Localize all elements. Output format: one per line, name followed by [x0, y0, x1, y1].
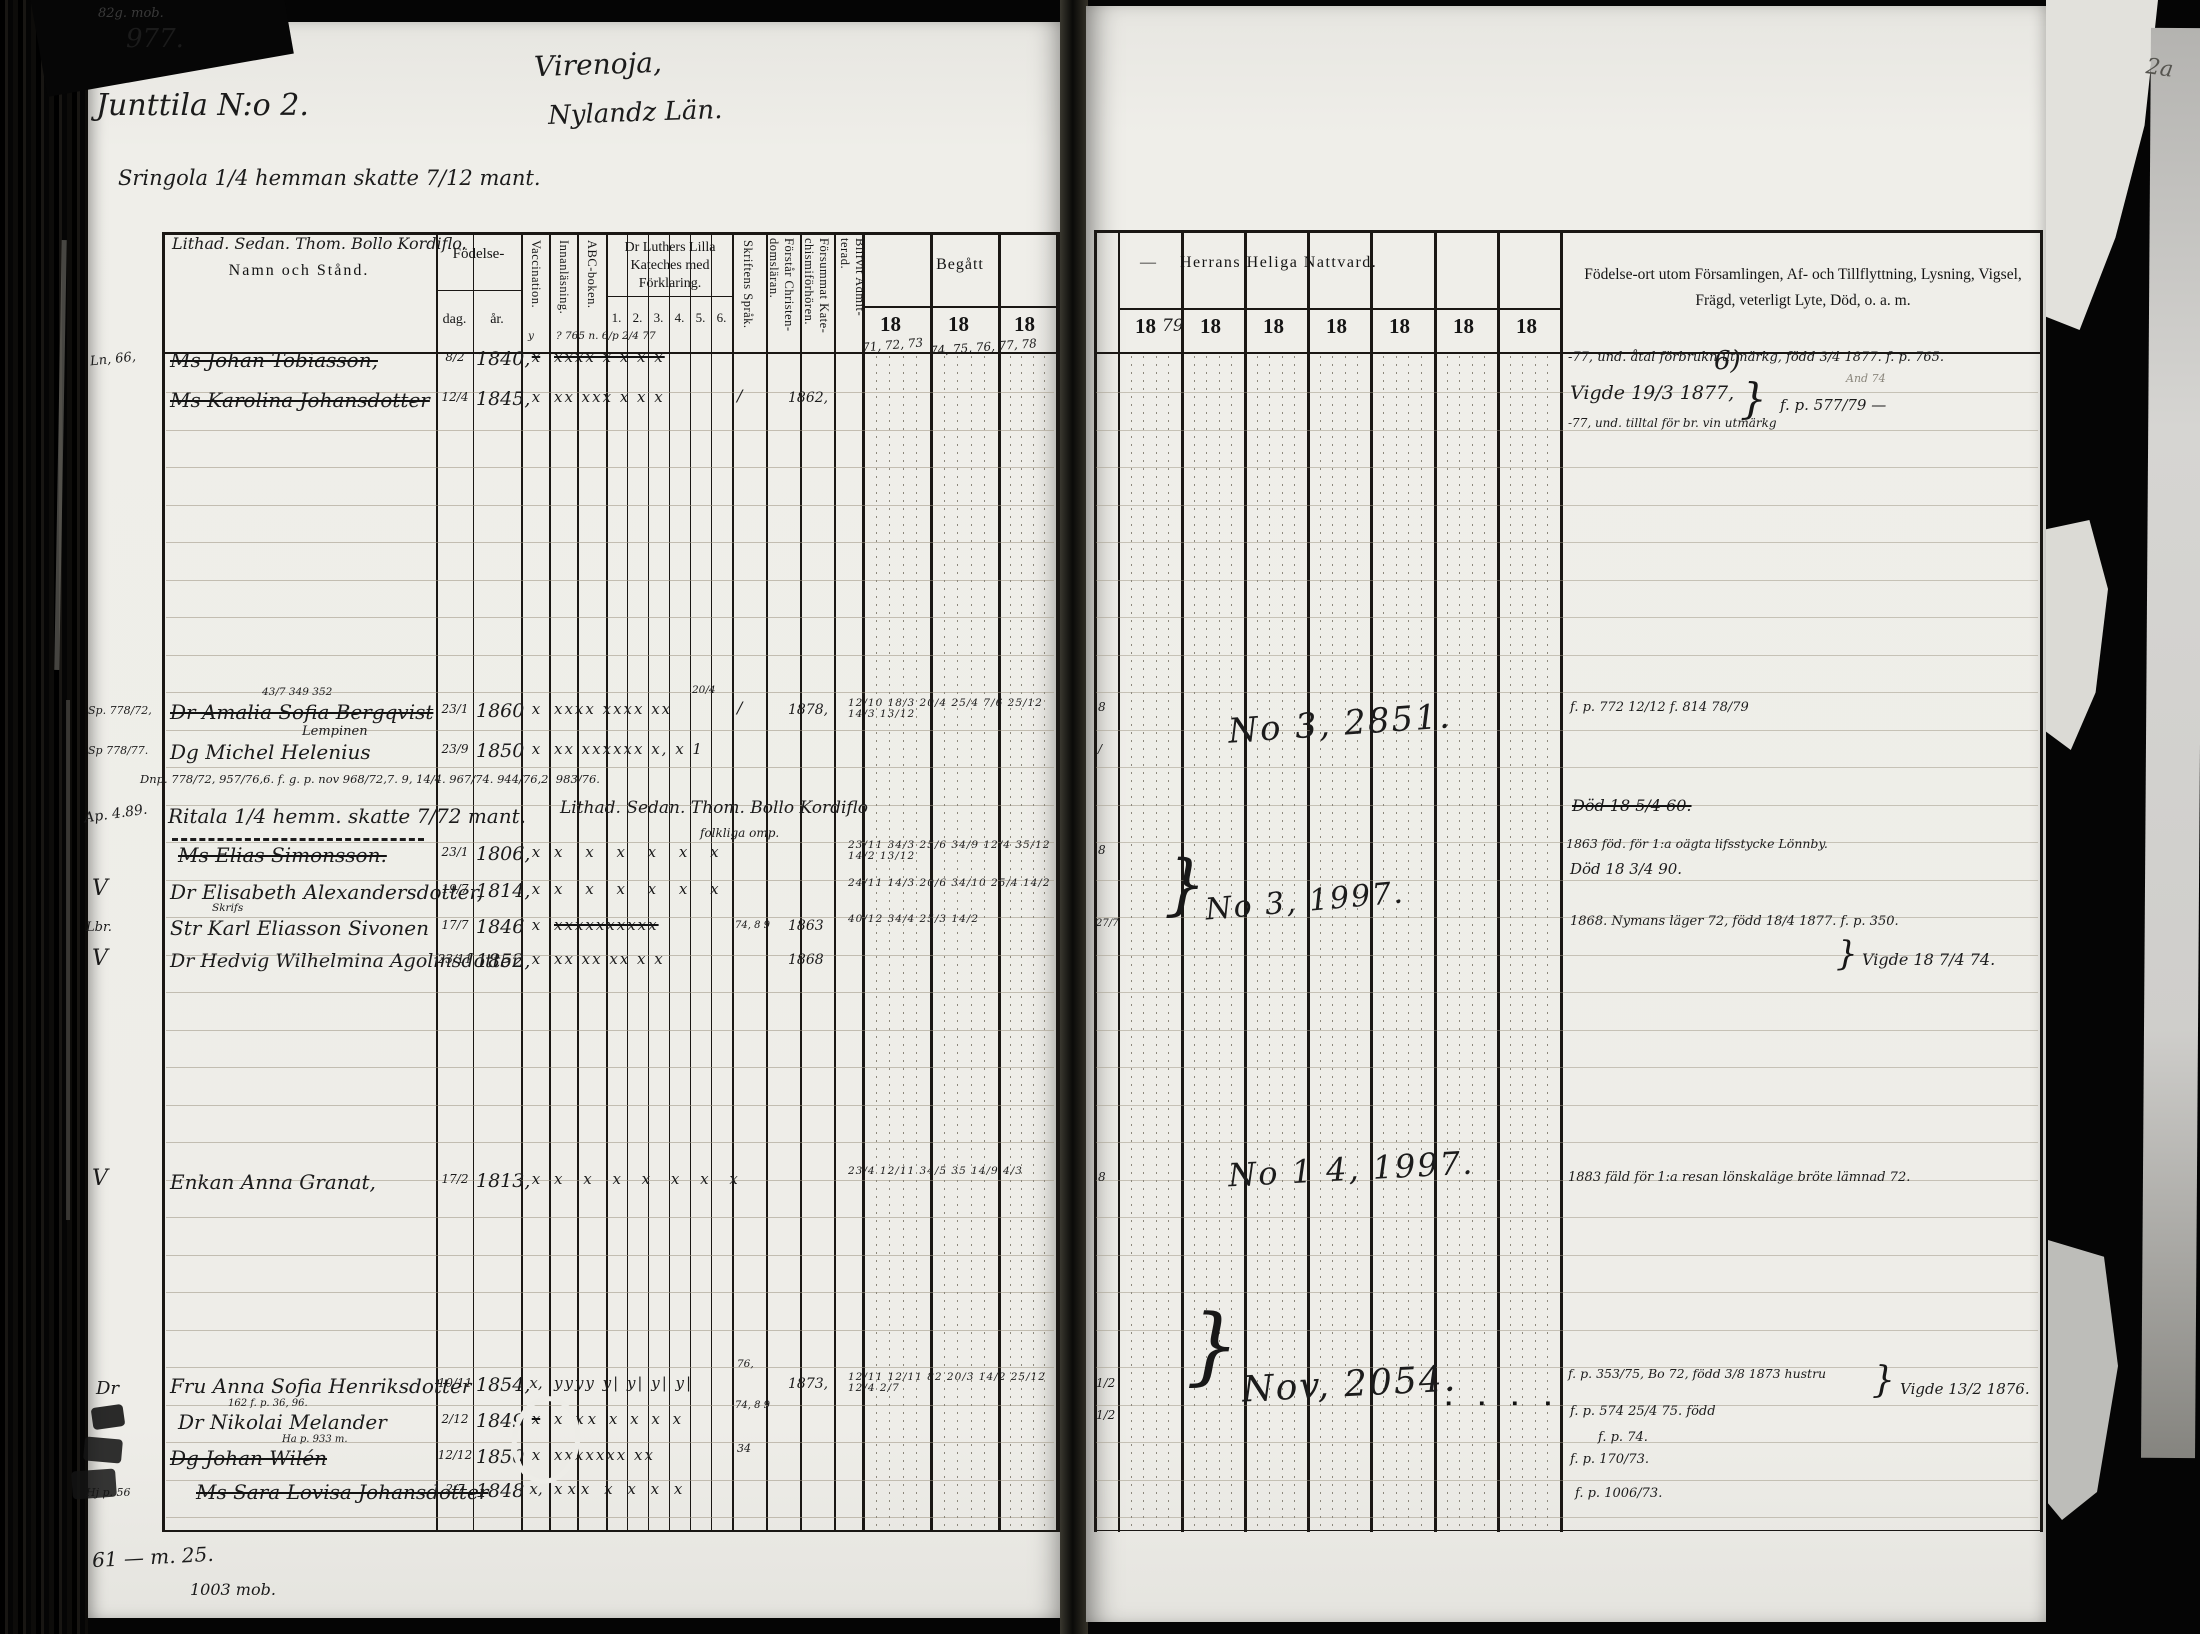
grid-subline — [971, 356, 972, 1528]
section-subscript: folkliga omp. — [700, 826, 779, 840]
katekes-col-6: 6. — [711, 310, 732, 326]
catechism-marks: xxxxxxxxxx — [554, 916, 659, 934]
farm-subtitle: Sringola 1/4 hemman skatte 7/12 mant. — [118, 166, 541, 190]
name-cell: Dg Michel Helenius — [170, 740, 371, 764]
catechism-marks: xx xxxxxx x, x 1 — [554, 740, 704, 758]
grid-subline — [984, 356, 985, 1528]
grid-subline — [1357, 356, 1358, 1528]
grid-line — [1094, 230, 2040, 233]
grid-subline — [1522, 356, 1523, 1528]
torn-page-fragment — [2046, 520, 2108, 750]
katekes-col-2: 2. — [627, 310, 648, 326]
grid-line — [549, 232, 551, 1532]
lead-mark: 1/2 — [1096, 1376, 1115, 1390]
grid-line — [862, 306, 1056, 308]
skriftens-mark: 34 — [737, 1442, 751, 1455]
year-col-18: 18 — [1516, 314, 1537, 339]
communion-marks-cluster: 12/11 12/11 82 20/3 14/2 25/12 12/4 2/7 — [848, 1372, 1060, 1394]
birth-year-cell: 1852, — [476, 950, 530, 972]
grid-line — [1497, 230, 1500, 1532]
remark-cell: Död 18 5/4 60. — [1572, 796, 1692, 815]
torn-page-fragment — [2046, 0, 2158, 330]
lead-mark: 27/7 — [1096, 918, 1118, 929]
grid-subline — [889, 356, 890, 1528]
header-birth-day: dag. — [436, 312, 473, 328]
remark-cell: f. p. 170/73. — [1570, 1452, 1649, 1467]
grid-subline — [1320, 356, 1321, 1528]
grid-subline — [1294, 356, 1295, 1528]
name-cell: Dg Johan Wilén — [170, 1446, 327, 1470]
scanned-register-spread: 82g. mob. 977. Junttila N:o 2. Virenoja,… — [0, 0, 2200, 1634]
grid-line — [166, 430, 1054, 431]
section-script: Lithad. Sedan. Thom. Bollo Kordiflo — [560, 798, 868, 818]
grid-subline — [1459, 356, 1460, 1528]
catechism-marks: xx xx xx x x — [554, 950, 665, 968]
grid-line — [606, 296, 732, 297]
grid-line — [1094, 230, 1097, 1532]
year-col-18: 18 — [948, 312, 969, 337]
lead-mark: 8 — [1098, 700, 1106, 714]
birth-year-cell: 1860 — [476, 700, 524, 722]
katekes-col-1: 1. — [606, 310, 627, 326]
vaccination-cell: x — [524, 740, 548, 758]
grid-line — [2040, 230, 2043, 1532]
grid-line — [1096, 1517, 2038, 1518]
birth-day-cell: 17/2 — [437, 1172, 473, 1186]
grid-subline — [1547, 356, 1548, 1528]
birth-day-cell: 12/12 — [437, 1448, 473, 1462]
header-birth: Födelse- — [436, 246, 521, 263]
grid-line — [1096, 430, 2038, 431]
margin-note: V — [92, 876, 108, 901]
birth-year-cell: 1806, — [476, 843, 530, 865]
name-cell: Dr Nikolai Melander — [178, 1410, 387, 1434]
remark-cell: Vigde 19/3 1877, — [1570, 382, 1734, 404]
grid-line — [166, 467, 1054, 468]
grid-subline — [1332, 356, 1333, 1528]
margin-note: Sp. 778/72, — [88, 704, 152, 717]
catechism-marks: x x x x x x x — [554, 1170, 746, 1188]
grid-subline — [1510, 356, 1511, 1528]
birth-year-cell: 1814, — [476, 880, 530, 902]
ink-stamp — [91, 1404, 126, 1430]
communion-marks-cluster: 23/4 12/11 34/5 35 14/9 4/3 — [848, 1166, 1060, 1177]
year-col-18: 18 — [1389, 314, 1410, 339]
header-innanlasning: Innanläsning. — [556, 240, 571, 314]
page-gutter — [1060, 0, 1088, 1634]
pencil-note: And 74 — [1846, 372, 1886, 385]
grid-line — [166, 1217, 1054, 1218]
birth-day-cell: 23/1 — [437, 845, 473, 859]
name-cell: Fru Anna Sofia Henriksdotter — [170, 1374, 471, 1398]
grid-line — [1096, 580, 2038, 581]
name-sup: 43/7 349 352 — [262, 686, 332, 698]
grid-line — [166, 767, 1054, 768]
grid-line — [166, 655, 1054, 656]
grid-line — [166, 1367, 1054, 1368]
christendom-year: 1863 — [788, 918, 824, 934]
grid-subline — [1033, 356, 1034, 1528]
grid-line — [1096, 767, 2038, 768]
grid-line — [1096, 805, 2038, 806]
year-col-18: 18 — [1200, 314, 1221, 339]
communion-marks-cluster: 23/11 34/3 25/6 34/9 12/4 35/12 14/2 13/… — [848, 840, 1060, 862]
vaccination-cell: x, — [524, 1374, 548, 1392]
margin-note: Sp 778/77. — [88, 744, 148, 757]
grid-line — [1094, 1530, 2040, 1531]
birth-year-cell: 1854, — [476, 1374, 530, 1396]
grid-subline — [1447, 356, 1448, 1528]
grid-line — [166, 542, 1054, 543]
lead-mark: 1/2 — [1096, 1408, 1115, 1422]
grid-subline — [1021, 356, 1022, 1528]
grid-line — [1096, 1217, 2038, 1218]
grid-line — [166, 1030, 1054, 1031]
header-katekes: Kateches med — [608, 258, 732, 274]
birth-day-cell: 2/7 — [437, 1482, 473, 1496]
communion-note-brace: } — [1186, 1296, 1239, 1394]
reference-line: Dnp. 778/72, 957/76,6. f. g. p. nov 968/… — [140, 772, 860, 786]
grid-line — [1096, 1292, 2038, 1293]
grid-line — [1307, 230, 1310, 1532]
remark-cell: Vigde 13/2 1876. — [1900, 1380, 2030, 1398]
remark-brace: } — [1872, 1360, 1895, 1401]
grid-line — [1096, 1142, 2038, 1143]
grid-line — [166, 580, 1054, 581]
grid-subline — [1383, 356, 1384, 1528]
grid-line — [1096, 880, 2038, 881]
bottom-scribble: 1003 mob. — [190, 1580, 276, 1599]
name-cell: Ms Elias Simonsson. — [178, 843, 387, 867]
grid-subline — [1345, 356, 1346, 1528]
village-title: Virenoja, — [533, 46, 662, 83]
name-cell: Ms Karolina Johansdotter — [170, 388, 430, 412]
skriftens-mark: 74, 8 9 — [735, 1400, 770, 1411]
header-forstar-christendomslaran: Förstår Christen-domsläran. — [766, 238, 796, 332]
grid-line — [1096, 1480, 2038, 1481]
margin-note: V — [92, 1166, 108, 1191]
vaccination-cell: x — [524, 843, 548, 861]
torn-page-fragment — [2048, 1240, 2118, 1520]
remark-cell: f. p. 74. — [1598, 1430, 1648, 1445]
remark-cell: Död 18 3/4 90. — [1570, 860, 1682, 878]
remark-cell: 1863 föd. för 1:a oägta lifsstycke Lönnb… — [1566, 836, 1828, 851]
grid-line — [1560, 230, 1563, 1532]
year-col-18: 18 — [880, 312, 901, 337]
grid-line — [1434, 230, 1437, 1532]
birth-year-cell: 1850 — [476, 740, 524, 762]
vaccination-cell: x — [524, 700, 548, 718]
header-blifvit-admitterad: Blifvit Admit-terad. — [837, 238, 867, 316]
catechism-marks: x x x x x x — [554, 843, 728, 861]
grid-line — [1096, 1255, 2038, 1256]
birth-day-cell: 12/4 — [437, 390, 473, 404]
vaccination-cell: x — [524, 1170, 548, 1188]
christendom-year: 1873, — [788, 1376, 828, 1392]
lead-mark: 8 — [1098, 843, 1106, 857]
birth-day-cell: 19/7 — [437, 882, 473, 896]
name-cell: Enkan Anna Granat, — [170, 1170, 376, 1194]
grid-subline — [1408, 356, 1409, 1528]
grid-line — [1096, 542, 2038, 543]
grid-line — [1096, 392, 2038, 393]
name-sup: 162 f. p. 36, 96. — [228, 1398, 308, 1409]
grid-line — [834, 232, 836, 1532]
remark-cell: Vigde 18 7/4 74. — [1862, 950, 1995, 969]
grid-subline — [957, 356, 958, 1528]
header-remarks: Födelse-ort utom Församlingen, Af- och T… — [1572, 266, 2034, 284]
grid-subline — [1472, 356, 1473, 1528]
remark-cell: -77, und. åtal förbrukn utmärkg, född 3/… — [1568, 350, 1944, 365]
grid-line — [800, 232, 802, 1532]
birth-day-cell: 10/11 — [437, 1376, 473, 1390]
margin-note: Lbr. — [86, 920, 112, 935]
remark-cell: f. p. 1006/73. — [1575, 1486, 1662, 1501]
grid-line — [1118, 308, 1560, 310]
vaccination-cell: x — [524, 950, 548, 968]
skriftens-mark: / — [737, 698, 742, 717]
remark-cell: 1883 fäld för 1:a resan lönskaläge bröte… — [1568, 1170, 1910, 1185]
grid-line — [1096, 1030, 2038, 1031]
header-forsummat-katechismiforhoren: Försummat Kate-chismiförhören. — [801, 238, 831, 333]
birth-day-cell: 23/9 — [437, 742, 473, 756]
marks-sup: ? 765 n. 6/p 2/4 77 — [556, 330, 656, 342]
header-vaccination: Vaccination. — [528, 240, 543, 308]
grid-subline — [944, 356, 945, 1528]
header-abc-boken: ABC-boken. — [584, 240, 599, 309]
communion-marks-cluster: 40/12 34/4 25/3 14/2 — [848, 914, 1060, 925]
grid-subline — [1044, 356, 1045, 1528]
grid-subline — [1156, 356, 1157, 1528]
torn-edge-strip — [2141, 28, 2200, 1458]
estate-title: Junttila N:o 2. — [96, 88, 309, 123]
header-skriftens-sprak: Skriftens Språk. — [740, 240, 755, 329]
grid-line — [162, 232, 165, 1532]
header-katekes: Dr Luthers Lilla — [608, 240, 732, 256]
christendom-year: 1868 — [788, 952, 824, 968]
grid-subline — [1282, 356, 1283, 1528]
grid-line — [166, 617, 1054, 618]
grid-line — [766, 232, 768, 1532]
grid-line — [166, 1292, 1054, 1293]
vaccination-cell: x — [524, 880, 548, 898]
communion-marks-cluster: 24/11 14/3 20/6 34/10 25/4 14/2 — [848, 878, 1060, 889]
grid-subline — [1257, 356, 1258, 1528]
lead-mark: / — [1098, 742, 1102, 756]
name-cell: Str Karl Eliasson Sivonen — [170, 916, 429, 940]
grid-line — [1096, 1105, 2038, 1106]
birth-day-cell: 23/11 — [437, 952, 473, 966]
grid-line — [166, 505, 1054, 506]
grid-line — [1096, 655, 2038, 656]
grid-line — [162, 1530, 1058, 1532]
grid-line — [1096, 617, 2038, 618]
remark-cell: f. p. 353/75, Bo 72, född 3/8 1873 hustr… — [1568, 1366, 1826, 1381]
christendom-year: 1878, — [788, 702, 828, 718]
province-title: Nylandz Län. — [548, 95, 723, 131]
catechism-marks: x x x x x x — [554, 880, 728, 898]
grid-line — [1096, 692, 2038, 693]
grid-line — [436, 290, 521, 291]
vaccination-cell: x — [524, 916, 548, 934]
catechism-marks: xx xxx x x x — [554, 388, 665, 406]
grid-line — [1096, 505, 2038, 506]
remark-cell: f. p. 577/79 — — [1780, 396, 1886, 414]
birth-day-cell: 8/2 — [437, 350, 473, 364]
vaccination-cell: x — [524, 388, 548, 406]
christendom-year: 1862, — [788, 390, 828, 406]
header-name: Namn och Stånd. — [162, 262, 436, 280]
book-binding-edge — [0, 0, 88, 1634]
margin-note: Dr — [96, 1378, 119, 1399]
vaccination-cell: x — [524, 348, 548, 366]
header-katekes: Förklaring. — [608, 276, 732, 292]
birth-day-cell: 17/7 — [437, 918, 473, 932]
nattvard-dash: — — [1140, 254, 1156, 272]
grid-line — [166, 1255, 1054, 1256]
marks-sup: 20/4 — [692, 684, 716, 696]
catechism-marks: xxxx xxxx xx — [554, 700, 672, 718]
birth-year-cell: 1846 — [476, 916, 524, 938]
grid-subline — [903, 356, 904, 1528]
name-sup: Skrifs — [212, 902, 243, 914]
grid-subline — [916, 356, 917, 1528]
skriftens-mark: / — [737, 386, 742, 405]
birth-day-cell: 23/1 — [437, 702, 473, 716]
birth-year-cell: 1848 — [476, 1480, 524, 1502]
catechism-marks: xxx x x x x — [554, 1480, 687, 1498]
grid-line — [1244, 230, 1247, 1532]
grid-line — [166, 730, 1054, 731]
ink-stamp — [71, 1468, 117, 1499]
birth-year-cell: 1845, — [476, 388, 530, 410]
grid-line — [166, 992, 1054, 993]
grid-line — [1096, 992, 2038, 993]
remark-cell: f. p. 772 12/12 f. 814 78/79 — [1570, 700, 1749, 715]
catechism-marks: xxxx x x x x — [554, 348, 665, 366]
section-dashes — [172, 838, 424, 841]
grid-line — [1096, 1067, 2038, 1068]
ink-stamp — [83, 1436, 123, 1463]
remark-cell: 1868. Nymans läger 72, född 18/4 1877. f… — [1570, 914, 1899, 929]
birth-year-cell: 1813, — [476, 1170, 530, 1192]
katekes-col-3: 3. — [648, 310, 669, 326]
name-cell: Dr Amalia Sofia Bergqvist — [170, 700, 433, 724]
year-col-handwritten: 79 — [1162, 316, 1184, 336]
binding-highlight — [66, 700, 70, 1220]
grid-line — [166, 1517, 1054, 1518]
grid-subline — [1131, 356, 1132, 1528]
section-title: Ritala 1/4 hemm. skatte 7/72 mant. — [168, 804, 526, 828]
grid-subline — [1484, 356, 1485, 1528]
year-col-18: 18 — [1014, 312, 1035, 337]
year-col-18: 18 — [1326, 314, 1347, 339]
year-col-18: 18 — [1135, 314, 1156, 339]
year-col-18: 18 — [1453, 314, 1474, 339]
margin-note: V — [92, 946, 108, 971]
grid-line — [1096, 1442, 2038, 1443]
marks-sup: 76, — [737, 1358, 754, 1370]
name-cell: Ms Johan Tobiasson, — [170, 348, 378, 372]
skriftens-mark: 74, 8 9 — [735, 920, 770, 931]
header-nattvard: Herrans Heliga Nattvard. — [1180, 254, 1377, 272]
grid-subline — [1396, 356, 1397, 1528]
communion-marks-cluster: 12/10 18/3 20/4 25/4 7/6 25/12 14/3 13/1… — [848, 698, 1060, 720]
grid-subline — [1010, 356, 1011, 1528]
year-col-18: 18 — [1263, 314, 1284, 339]
name-sup: Ha p. 933 m. — [282, 1434, 348, 1445]
corner-note: 82g. mob. — [98, 6, 164, 21]
remark-cell: f. p. 574 25/4 75. född — [1570, 1404, 1716, 1419]
katekes-col-4: 4. — [669, 310, 690, 326]
grid-subline — [1421, 356, 1422, 1528]
header-begatt: Begått — [862, 256, 1058, 274]
grid-line — [1118, 230, 1120, 1532]
remark-brace: } — [1740, 374, 1767, 423]
grid-line — [166, 1330, 1054, 1331]
birth-day-cell: 2/12 — [437, 1412, 473, 1426]
lead-mark: 8 — [1098, 1170, 1106, 1184]
communion-note-brace: } — [1164, 846, 1206, 923]
ink-dots: ▪ ▪ ▪ ▪ — [1446, 1396, 1563, 1413]
name-sup: Lempinen — [302, 724, 368, 739]
grid-subline — [876, 356, 877, 1528]
grid-line — [1096, 1405, 2038, 1406]
grid-line — [166, 1105, 1054, 1106]
grid-line — [166, 1142, 1054, 1143]
right-corner-mark: 2a — [2144, 54, 2174, 83]
name-column-script: Lithad. Sedan. Thom. Bollo Kordiflo. — [172, 234, 467, 253]
katekes-col-5: 5. — [690, 310, 711, 326]
header-birth-year: år. — [473, 312, 521, 328]
grid-subline — [1143, 356, 1144, 1528]
grid-subline — [1269, 356, 1270, 1528]
grid-line — [166, 1067, 1054, 1068]
catechism-marks: yyyy y| y| y| y| — [554, 1374, 693, 1392]
grid-line — [732, 232, 734, 1532]
page-number: 977. — [126, 24, 184, 54]
birth-year-cell: 1840, — [476, 348, 530, 370]
grid-line — [1096, 467, 2038, 468]
header-remarks: Frägd, veterligt Lyte, Död, o. a. m. — [1572, 292, 2034, 310]
grid-subline — [1168, 356, 1169, 1528]
remark-brace: } — [1836, 934, 1858, 974]
grid-subline — [1535, 356, 1536, 1528]
vaccination-sup: y — [528, 330, 534, 342]
